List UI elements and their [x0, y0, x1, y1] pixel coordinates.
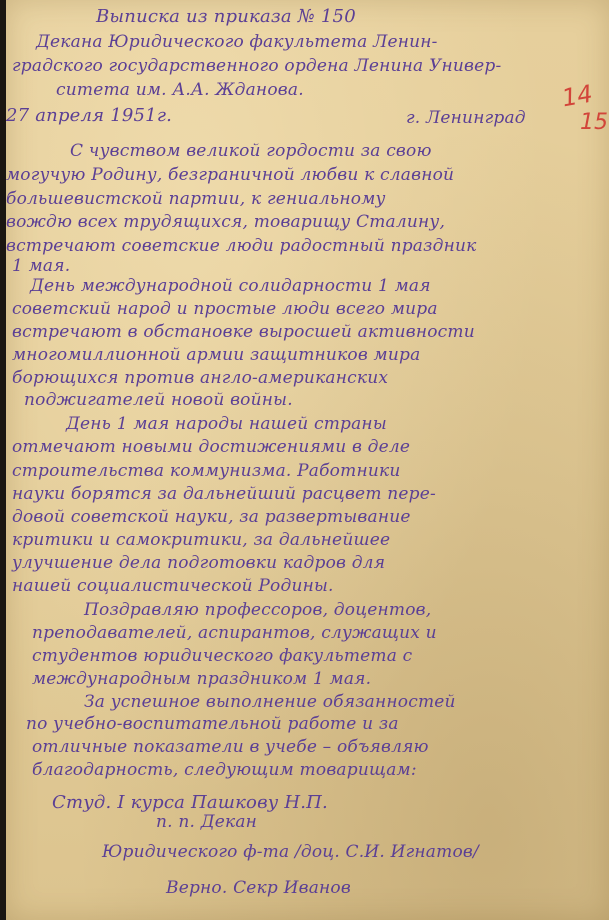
body-line: поджигателей новой войны.	[24, 390, 293, 410]
body-line: международным праздником 1 мая.	[32, 669, 371, 689]
body-line: благодарность, следующим товарищам:	[32, 760, 417, 780]
certified-signature: Верно. Секр Иванов	[166, 878, 351, 898]
body-line: критики и самокритики, за дальнейшее	[12, 530, 390, 550]
document-title: Выписка из приказа № 150	[96, 6, 356, 27]
archive-mark-page: 15	[580, 110, 608, 135]
body-line: встречают советские люди радостный празд…	[6, 236, 477, 256]
body-line: 1 мая.	[12, 256, 70, 276]
body-line: вождю всех трудящихся, товарищу Сталину,	[6, 212, 445, 232]
body-line: по учебно-воспитательной работе и за	[26, 714, 399, 734]
body-line: большевистской партии, к гениальному	[6, 189, 386, 209]
signature-role-1: п. п. Декан	[156, 812, 257, 832]
archive-mark-strikethrough: 14	[560, 80, 595, 113]
body-line: науки борятся за дальнейший расцвет пере…	[12, 484, 436, 504]
body-line: отмечают новыми достижениями в деле	[12, 437, 410, 457]
body-line: С чувством великой гордости за свою	[70, 141, 432, 161]
body-line: улучшение дела подготовки кадров для	[12, 553, 385, 573]
issuer-line-2: градского государственного ордена Ленина…	[12, 56, 501, 76]
body-line: День международной солидарности 1 мая	[30, 276, 431, 296]
body-line: борющихся против англо-американских	[12, 368, 388, 388]
issuer-line-3: ситета им. А.А. Жданова.	[56, 80, 304, 100]
body-line: строительства коммунизма. Работники	[12, 461, 401, 481]
body-line: могучую Родину, безграничной любви к сла…	[6, 165, 454, 185]
signature-role-2: Юридического ф-та /доц. С.И. Игнатов/	[102, 842, 479, 862]
body-line: нашей социалистической Родины.	[12, 576, 334, 596]
issuer-line-1: Декана Юридического факультета Ленин-	[36, 32, 438, 52]
body-line: За успешное выполнение обязанностей	[84, 692, 456, 712]
body-line: советский народ и простые люди всего мир…	[12, 299, 438, 319]
body-line: многомиллионной армии защитников мира	[12, 345, 420, 365]
document-place: г. Ленинград	[406, 108, 526, 128]
body-line: отличные показатели в учебе – объявляю	[32, 737, 429, 757]
document-page: Выписка из приказа № 150 Декана Юридичес…	[6, 0, 609, 920]
recipient-line: Студ. I курса Пашкову Н.П.	[52, 792, 328, 813]
body-line: преподавателей, аспирантов, служащих и	[32, 623, 437, 643]
body-line: студентов юридического факультета с	[32, 646, 412, 666]
body-line: довой советской науки, за развертывание	[12, 507, 411, 527]
body-line: День 1 мая народы нашей страны	[66, 414, 387, 434]
document-date: 27 апреля 1951г.	[6, 105, 172, 126]
body-line: Поздравляю профессоров, доцентов,	[84, 600, 431, 620]
body-line: встречают в обстановке выросшей активнос…	[12, 322, 475, 342]
